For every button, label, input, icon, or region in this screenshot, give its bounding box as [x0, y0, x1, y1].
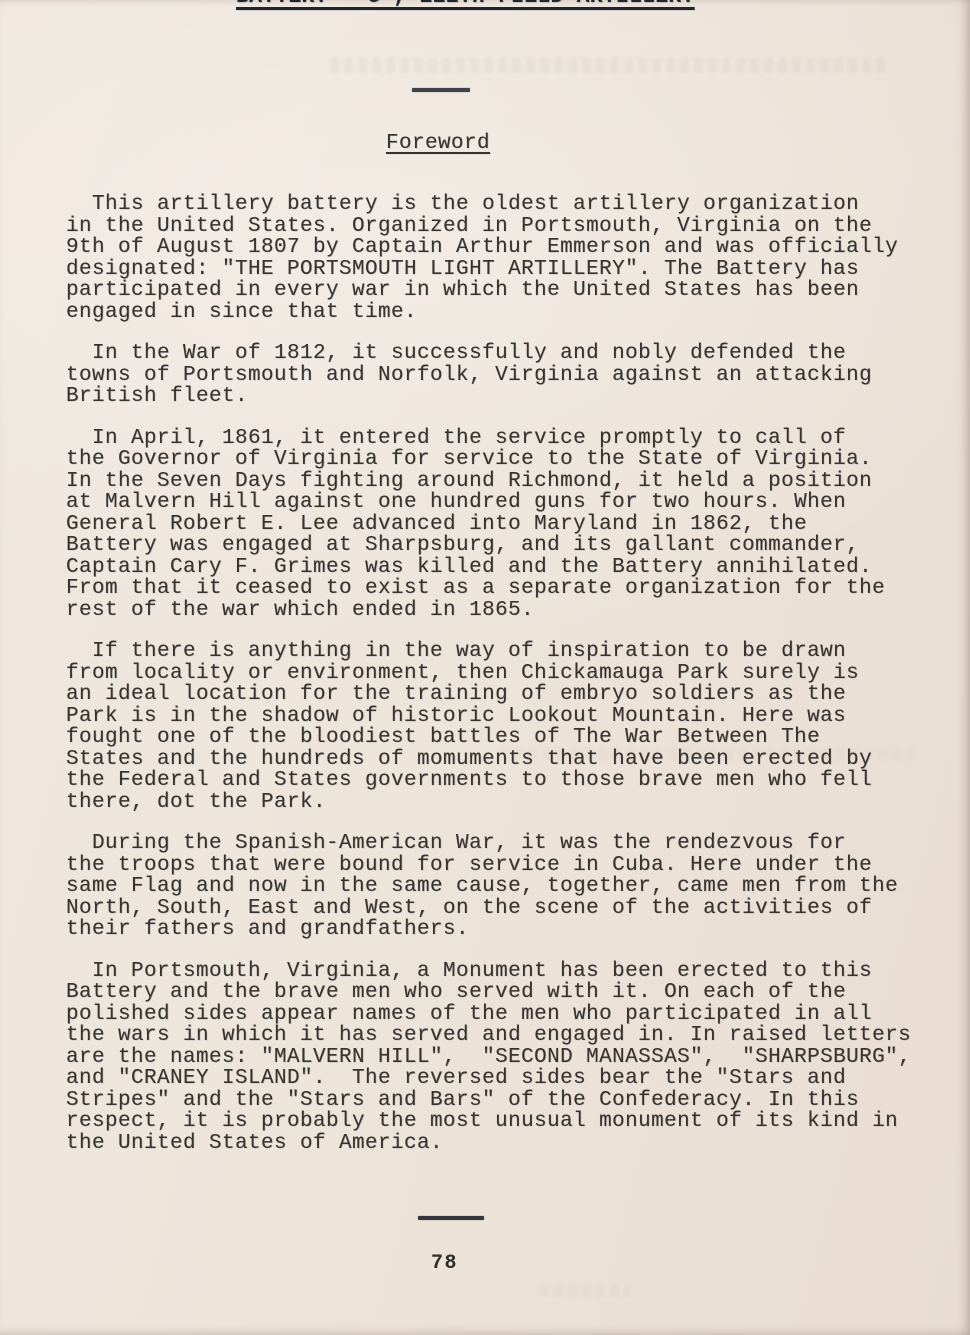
foreword-body: This artillery battery is the oldest art…: [66, 194, 961, 1154]
paragraph-spanish-american: During the Spanish-American War, it was …: [66, 833, 961, 941]
document-page: BATTERY "G", 111TH FIELD ARTILLERY Forew…: [0, 0, 970, 1335]
page-header-cropped: BATTERY "G", 111TH FIELD ARTILLERY: [236, 0, 695, 9]
decorative-rule-bottom: [418, 1216, 484, 1220]
paragraph-monument: In Portsmouth, Virginia, a Monument has …: [66, 961, 961, 1155]
paragraph-war-of-1812: In the War of 1812, it successfully and …: [66, 343, 961, 408]
decorative-rule-top: [412, 88, 470, 92]
paragraph-history-origin: This artillery battery is the oldest art…: [66, 194, 961, 323]
page-number: 78: [431, 1254, 458, 1274]
paragraph-civil-war: In April, 1861, it entered the service p…: [66, 428, 961, 622]
ink-bleed-smudge: [540, 1284, 630, 1297]
section-title: Foreword: [386, 131, 490, 156]
paragraph-chickamauga-park: If there is anything in the way of inspi…: [66, 641, 961, 813]
ink-bleed-smudge: [330, 58, 890, 73]
